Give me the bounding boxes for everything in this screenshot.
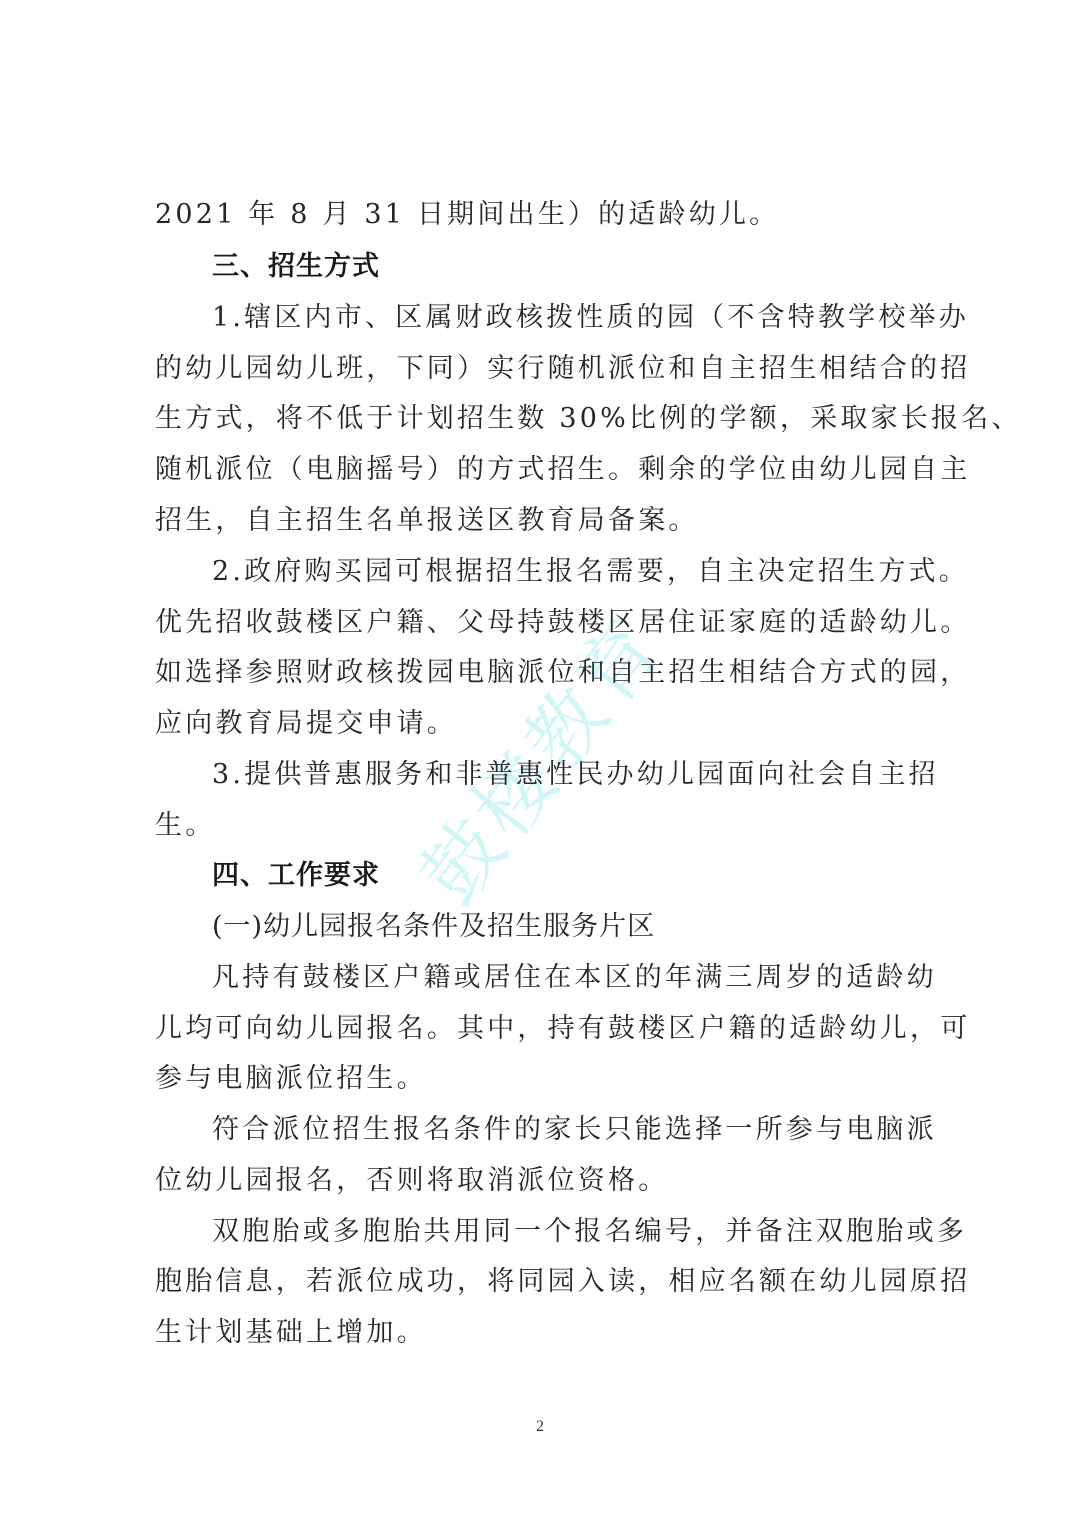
document-page: 鼓楼教育 2021 年 8 月 31 日期间出生）的适龄幼儿。 三、招生方式 1…: [0, 0, 1080, 1528]
paragraph-line: 随机派位（电脑摇号）的方式招生。剩余的学位由幼儿园自主: [155, 453, 945, 487]
paragraph-line: 符合派位招生报名条件的家长只能选择一所参与电脑派: [212, 1113, 1002, 1147]
paragraph-line: 参与电脑派位招生。: [155, 1062, 945, 1096]
paragraph-line: 生方式，将不低于计划招生数 30%比例的学额，采取家长报名、: [155, 402, 945, 436]
paragraph-line: 儿均可向幼儿园报名。其中，持有鼓楼区户籍的适龄幼儿，可: [155, 1012, 945, 1046]
paragraph-line: 生计划基础上增加。: [155, 1316, 945, 1350]
section-heading-4: 四、工作要求: [212, 859, 1002, 893]
section-heading-3: 三、招生方式: [212, 250, 1002, 284]
paragraph-line: 2.政府购买园可根据招生报名需要，自主决定招生方式。: [212, 555, 1002, 589]
page-number: 2: [0, 1418, 1080, 1436]
paragraph-line: 2021 年 8 月 31 日期间出生）的适龄幼儿。: [155, 198, 945, 232]
paragraph-line: 如选择参照财政核拨园电脑派位和自主招生相结合方式的园，: [155, 656, 945, 690]
paragraph-line: 胞胎信息，若派位成功，将同园入读，相应名额在幼儿园原招: [155, 1265, 945, 1299]
paragraph-line: 的幼儿园幼儿班，下同）实行随机派位和自主招生相结合的招: [155, 352, 945, 386]
paragraph-line: 双胞胎或多胞胎共用同一个报名编号，并备注双胞胎或多: [212, 1215, 1002, 1249]
paragraph-line: 凡持有鼓楼区户籍或居住在本区的年满三周岁的适龄幼: [212, 961, 1002, 995]
paragraph-line: 位幼儿园报名，否则将取消派位资格。: [155, 1164, 945, 1198]
paragraph-line: 优先招收鼓楼区户籍、父母持鼓楼区居住证家庭的适龄幼儿。: [155, 606, 945, 640]
subsection-heading: (一)幼儿园报名条件及招生服务片区: [212, 910, 1002, 944]
paragraph-line: 应向教育局提交申请。: [155, 707, 945, 741]
paragraph-line: 3.提供普惠服务和非普惠性民办幼儿园面向社会自主招: [212, 758, 1002, 792]
paragraph-line: 生。: [155, 809, 945, 843]
paragraph-line: 1.辖区内市、区属财政核拨性质的园（不含特教学校举办: [212, 301, 1002, 335]
paragraph-line: 招生，自主招生名单报送区教育局备案。: [155, 504, 945, 538]
